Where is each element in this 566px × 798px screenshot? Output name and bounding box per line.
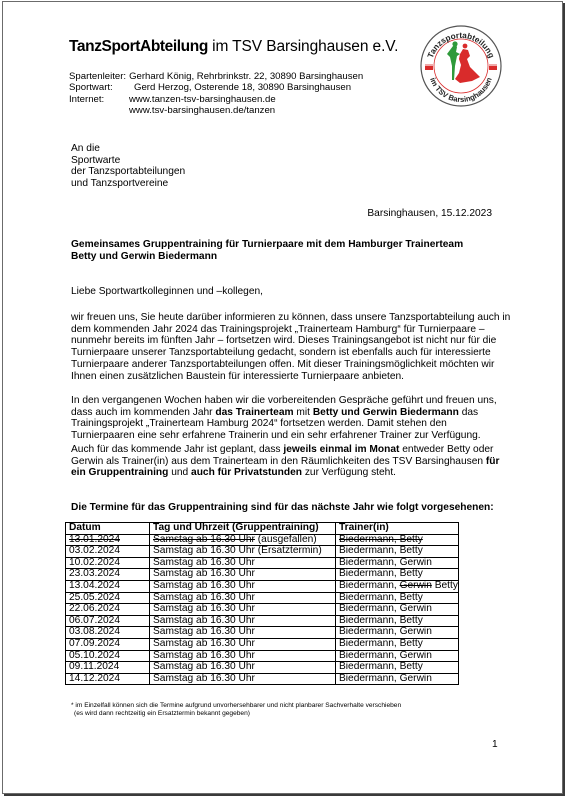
- bold-text: jeweils einmal im Monat: [283, 444, 399, 455]
- cell-time: Samstag ab 16.30 Uhr: [150, 604, 336, 616]
- column-header-date: Datum: [66, 523, 150, 535]
- contact-label: Internet:: [69, 94, 129, 105]
- cell-date: 14.12.2024: [66, 673, 150, 685]
- cell-date: 25.05.2024: [66, 592, 150, 604]
- contact-value: Gerd Herzog, Osterende 18, 30890 Barsing…: [134, 82, 351, 93]
- schedule-row: 22.06.2024Samstag ab 16.30 UhrBiedermann…: [66, 604, 459, 616]
- cell-date: 23.03.2024: [66, 569, 150, 581]
- contact-row-spartenleiter: Spartenleiter: Gerhard König, Rehrbrinks…: [69, 71, 363, 82]
- cell-time: Samstag ab 16.30 Uhr: [150, 615, 336, 627]
- footnote: * im Einzelfall können sich die Termine …: [71, 702, 401, 718]
- cell-time: Samstag ab 16.30 Uhr: [150, 673, 336, 685]
- footnote-line-2: (es wird dann rechtzeitig ein Ersatzterm…: [71, 710, 401, 718]
- contact-label: Sportwart:: [69, 82, 134, 93]
- recipient-line: An die: [71, 143, 185, 155]
- cell-date: 03.08.2024: [66, 627, 150, 639]
- contact-row-internet-2: www.tsv-barsinghausen.de/tanzen: [69, 105, 363, 116]
- letterhead-title-rest: im TSV Barsinghausen e.V.: [208, 38, 398, 55]
- schedule-row: 25.05.2024Samstag ab 16.30 UhrBiedermann…: [66, 592, 459, 604]
- club-logo: Tanzsportabteilung im TSV Barsinghausen: [419, 24, 503, 108]
- cell-trainer: Biedermann, Betty: [336, 592, 459, 604]
- contact-value: Gerhard König, Rehrbrinkstr. 22, 30890 B…: [129, 71, 363, 82]
- schedule-row: 14.12.2024Samstag ab 16.30 UhrBiedermann…: [66, 673, 459, 685]
- cell-trainer: Biedermann, Betty: [336, 638, 459, 650]
- bold-text: auch für Privatstunden: [191, 467, 302, 478]
- schedule-table: Datum Tag und Uhrzeit (Gruppentraining) …: [65, 522, 459, 685]
- cell-trainer: Biedermann, Betty: [336, 662, 459, 674]
- schedule-row: 06.07.2024Samstag ab 16.30 UhrBiedermann…: [66, 615, 459, 627]
- cell-time: Samstag ab 16.30 Uhr (Ersatztermin): [150, 546, 336, 558]
- cell-trainer: Biedermann, Gerwin: [336, 650, 459, 662]
- cell-time: Samstag ab 16.30 Uhr: [150, 650, 336, 662]
- cell-date: 03.02.2024: [66, 546, 150, 558]
- cell-time: Samstag ab 16.30 Uhr: [150, 569, 336, 581]
- cell-time: Samstag ab 16.30 Uhr: [150, 627, 336, 639]
- text: zur Verfügung steht.: [302, 467, 396, 478]
- cell-date: 07.09.2024: [66, 638, 150, 650]
- column-header-trainer: Trainer(in): [336, 523, 459, 535]
- cell-time: Samstag ab 16.30 Uhr: [150, 592, 336, 604]
- schedule-row: 13.04.2024Samstag ab 16.30 UhrBiedermann…: [66, 580, 459, 592]
- schedule-row: 03.08.2024Samstag ab 16.30 UhrBiedermann…: [66, 627, 459, 639]
- text: und: [168, 467, 191, 478]
- cell-trainer: Biedermann, Gerwin: [336, 604, 459, 616]
- contact-row-sportwart: Sportwart: Gerd Herzog, Osterende 18, 30…: [69, 82, 363, 93]
- cell-date: 06.07.2024: [66, 615, 150, 627]
- cell-trainer: Biedermann, Betty: [336, 615, 459, 627]
- cell-date: 10.02.2024: [66, 557, 150, 569]
- cell-trainer: Biedermann, Gerwin: [336, 673, 459, 685]
- schedule-row: 13.01.2024Samstag ab 16.30 Uhr (ausgefal…: [66, 534, 459, 546]
- document-page: TanzSportAbteilung im TSV Barsinghausen …: [2, 1, 563, 794]
- contact-block: Spartenleiter: Gerhard König, Rehrbrinks…: [69, 71, 363, 117]
- schedule-row: 09.11.2024Samstag ab 16.30 UhrBiedermann…: [66, 662, 459, 674]
- letterhead-title-bold: TanzSportAbteilung: [69, 38, 208, 55]
- website-link-2[interactable]: www.tsv-barsinghausen.de/tanzen: [129, 105, 275, 116]
- subject-heading: Gemeinsames Gruppentraining für Turnierp…: [71, 239, 463, 263]
- schedule-row: 03.02.2024Samstag ab 16.30 Uhr (Ersatzte…: [66, 546, 459, 558]
- dance-couple-logo-icon: Tanzsportabteilung im TSV Barsinghausen: [419, 24, 503, 108]
- recipient-address: An die Sportwarte der Tanzsportabteilung…: [71, 143, 185, 189]
- text: mit: [294, 407, 313, 418]
- column-header-time: Tag und Uhrzeit (Gruppentraining): [150, 523, 336, 535]
- cell-trainer: Biedermann, Betty: [336, 534, 459, 546]
- cell-time: Samstag ab 16.30 Uhr: [150, 638, 336, 650]
- dates-heading: Die Termine für das Gruppentraining sind…: [71, 502, 494, 513]
- recipient-line: der Tanzsportabteilungen: [71, 166, 185, 178]
- cell-trainer: Biedermann, Gerwin Betty: [336, 580, 459, 592]
- schedule-row: 23.03.2024Samstag ab 16.30 UhrBiedermann…: [66, 569, 459, 581]
- cell-trainer: Biedermann, Betty: [336, 546, 459, 558]
- contact-label: [69, 105, 129, 116]
- cell-trainer: Biedermann, Gerwin: [336, 557, 459, 569]
- cell-time: Samstag ab 16.30 Uhr (ausgefallen): [150, 534, 336, 546]
- subject-line-1: Gemeinsames Gruppentraining für Turnierp…: [71, 239, 463, 251]
- cell-trainer: Biedermann, Gerwin: [336, 627, 459, 639]
- schedule-body: 13.01.2024Samstag ab 16.30 Uhr (ausgefal…: [66, 534, 459, 685]
- recipient-line: und Tanzsportvereine: [71, 178, 185, 190]
- cell-date: 13.04.2024: [66, 580, 150, 592]
- letterhead-title: TanzSportAbteilung im TSV Barsinghausen …: [69, 38, 398, 56]
- paragraph-trainerteam: In den vergangenen Wochen haben wir die …: [71, 395, 511, 442]
- cell-date: 05.10.2024: [66, 650, 150, 662]
- paragraph-plan: Auch für das kommende Jahr ist geplant, …: [71, 444, 511, 479]
- paragraph-intro: wir freuen uns, Sie heute darüber inform…: [71, 312, 511, 382]
- schedule-row: 10.02.2024Samstag ab 16.30 UhrBiedermann…: [66, 557, 459, 569]
- cell-time: Samstag ab 16.30 Uhr: [150, 557, 336, 569]
- cell-time: Samstag ab 16.30 Uhr: [150, 580, 336, 592]
- cell-date: 09.11.2024: [66, 662, 150, 674]
- page-number: 1: [492, 739, 498, 750]
- bold-text: das Trainerteam: [215, 407, 293, 418]
- bold-text: Betty und Gerwin Biedermann: [313, 407, 459, 418]
- website-link-1[interactable]: www.tanzen-tsv-barsinghausen.de: [129, 94, 276, 105]
- place-date: Barsinghausen, 15.12.2023: [367, 208, 492, 219]
- recipient-line: Sportwarte: [71, 155, 185, 167]
- cell-trainer: Biedermann, Betty: [336, 569, 459, 581]
- schedule-row: 07.09.2024Samstag ab 16.30 UhrBiedermann…: [66, 638, 459, 650]
- contact-label: Spartenleiter:: [69, 71, 126, 82]
- footnote-line-1: * im Einzelfall können sich die Termine …: [71, 702, 401, 710]
- subject-line-2: Betty und Gerwin Biedermann: [71, 251, 463, 263]
- cell-time: Samstag ab 16.30 Uhr: [150, 662, 336, 674]
- cell-date: 22.06.2024: [66, 604, 150, 616]
- salutation: Liebe Sportwartkolleginnen und –kollegen…: [71, 286, 511, 298]
- cell-date: 13.01.2024: [66, 534, 150, 546]
- schedule-header-row: Datum Tag und Uhrzeit (Gruppentraining) …: [66, 523, 459, 535]
- text: Auch für das kommende Jahr ist geplant, …: [71, 444, 283, 455]
- contact-row-internet: Internet: www.tanzen-tsv-barsinghausen.d…: [69, 94, 363, 105]
- schedule-row: 05.10.2024Samstag ab 16.30 UhrBiedermann…: [66, 650, 459, 662]
